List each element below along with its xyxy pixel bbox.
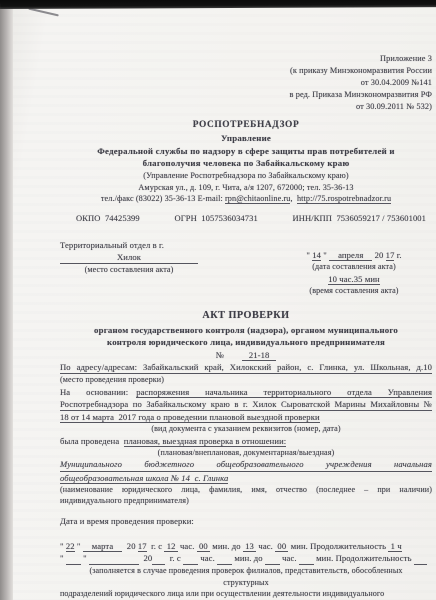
ogrn-value: 1057536034731 [201, 213, 258, 223]
basis-value-1: распоряжения начальника территориального… [136, 387, 432, 398]
schedule-note-2: структурных [60, 577, 432, 588]
address-label: По адресу/адресам: [60, 362, 143, 372]
document-page: Приложение 3 (к приказу Минэкономразвити… [13, 5, 436, 600]
place-date-row: Территориальный отдел в г. Хилок (место … [60, 239, 432, 296]
entity-caption-1: (наименование юридического лица, фамилия… [60, 484, 432, 495]
scanned-document: Приложение 3 (к приказу Минэкономразвити… [0, 0, 436, 600]
conducted-line: была проведена плановая, выездная провер… [60, 435, 432, 447]
act-subtitle-1: органом государственного контроля (надзо… [60, 324, 432, 336]
act-subtitle-2: контроля юридического лица, индивидуальн… [60, 336, 432, 348]
innkpp-value: 7536059217 / 753601001 [336, 213, 426, 223]
appendix-line: Приложение 3 [60, 53, 432, 65]
act-heading: АКТ ПРОВЕРКИ органом государственного ко… [60, 309, 432, 361]
appendix-line: в ред. Приказа Минэкономразвития РФ [60, 89, 432, 101]
conducted-label: была проведена [60, 436, 124, 446]
letterhead-address: Амурская ул., д. 109, г. Чита, а/я 1207,… [60, 182, 432, 194]
entity-name-value-2: общеобразовательная школа № 14 с. Глинка [60, 473, 228, 484]
contacts-prefix: тел./факс (83022) 35-36-13 E-mail: [101, 194, 225, 203]
datetime-label: Дата и время проведения проверки: [60, 515, 432, 527]
letterhead-dept-line2: Федеральной службы по надзору в сфере за… [60, 145, 432, 157]
registration-numbers: ОКПО 74425399 ОГРН 1057536034731 ИНН/КПП… [60, 212, 432, 224]
ogrn-label: ОГРН [174, 213, 196, 223]
agency-name: РОСПОТРЕБНАДЗОР [60, 119, 432, 132]
act-place-value: Хилок [60, 251, 198, 264]
schedule-row-2: " " 20 г. с час. мин. до час. мин. Продо… [60, 552, 432, 565]
place-block: Территориальный отдел в г. Хилок (место … [60, 239, 210, 296]
schedule-row-1: " 22 " марта 20 17 г. с 12 час. 00 мин. … [60, 540, 432, 552]
act-body: По адресу/адресам: Забайкальский край, Х… [60, 361, 432, 600]
basis-line-1: На основании: распоряжения начальника те… [60, 386, 432, 398]
territorial-dept: Территориальный отдел в г. [60, 239, 210, 251]
letterhead-dept: Управление [60, 132, 432, 144]
page-content: Приложение 3 (к приказу Минэкономразвити… [60, 53, 432, 600]
address-value: Забайкальский край, Хилокский район, с. … [143, 362, 432, 372]
act-number-line: № 21-18 [60, 349, 432, 361]
website-text: http://75.rospotrebnadzor.ru [297, 194, 391, 204]
act-time-value: 10 час.35 мин [276, 273, 432, 285]
inspection-address-line: По адресу/адресам: Забайкальский край, Х… [60, 361, 432, 374]
letterhead-contacts: тел./факс (83022) 35-36-13 E-mail: rpn@c… [60, 193, 432, 205]
letterhead: РОСПОТРЕБНАДЗОР Управление Федеральной с… [60, 119, 432, 205]
entity-caption-2: индивидуального предпринимателя) [60, 495, 432, 506]
date-block: " 14 " апреля 20 17 г. (дата составления… [276, 249, 432, 296]
conducted-value: плановая, выездная проверка в отношении: [124, 436, 286, 447]
appendix-reference: Приложение 3 (к приказу Минэкономразвити… [60, 53, 432, 113]
basis-line-2: Роспотребнадзора по Забайкальскому краю … [60, 398, 432, 411]
act-date-line: " 14 " апреля 20 17 г. [276, 249, 432, 261]
act-time-caption: (время составления акта) [276, 285, 432, 296]
basis-line-3: 18 от 14 марта 2017 года о проведении пл… [60, 411, 432, 423]
appendix-line: (к приказу Минэкономразвития России [60, 65, 432, 77]
letterhead-short-name: (Управление Роспотребнадзора по Забайкал… [60, 170, 432, 182]
pen-mark [28, 8, 59, 17]
entity-name-line-2: общеобразовательная школа № 14 с. Глинка [60, 472, 432, 484]
schedule-note-1: (заполняется в случае проведения проверо… [60, 565, 432, 576]
conducted-caption: (плановая/внеплановая, документарная/вые… [60, 447, 432, 458]
letterhead-dept-line3: благополучия человека по Забайкальскому … [60, 157, 432, 169]
act-date-caption: (дата составления акта) [276, 261, 432, 272]
basis-value-3: 18 от 14 марта 2017 года о проведении пл… [60, 412, 320, 423]
act-place-caption: (место составления акта) [60, 264, 198, 275]
innkpp-label: ИНН/КПП [293, 213, 332, 223]
address-caption: (место проведения проверки) [60, 374, 432, 385]
act-title: АКТ ПРОВЕРКИ [60, 309, 432, 323]
entity-name-line-1: Муниципального бюджетного общеобразовате… [60, 458, 432, 471]
appendix-line: от 30.04.2009 №141 [60, 77, 432, 89]
okpo-value: 74425399 [105, 213, 140, 223]
innkpp: ИНН/КПП 7536059217 / 753601001 [293, 212, 426, 224]
appendix-line: от 30.09.2011 № 532) [60, 101, 432, 113]
contacts-separator: , [290, 194, 296, 203]
ogrn: ОГРН 1057536034731 [174, 212, 257, 224]
okpo-label: ОКПО [76, 213, 101, 223]
okpo: ОКПО 74425399 [76, 212, 140, 224]
act-time-text: 10 час.35 мин [328, 274, 380, 285]
schedule-note-3: подразделений юридического лица или при … [60, 588, 432, 599]
email-text: rpn@chitaonline.ru [225, 194, 291, 204]
basis-caption: (вид документа с указанием реквизитов (н… [60, 423, 432, 434]
basis-label: На основании: [60, 387, 136, 397]
